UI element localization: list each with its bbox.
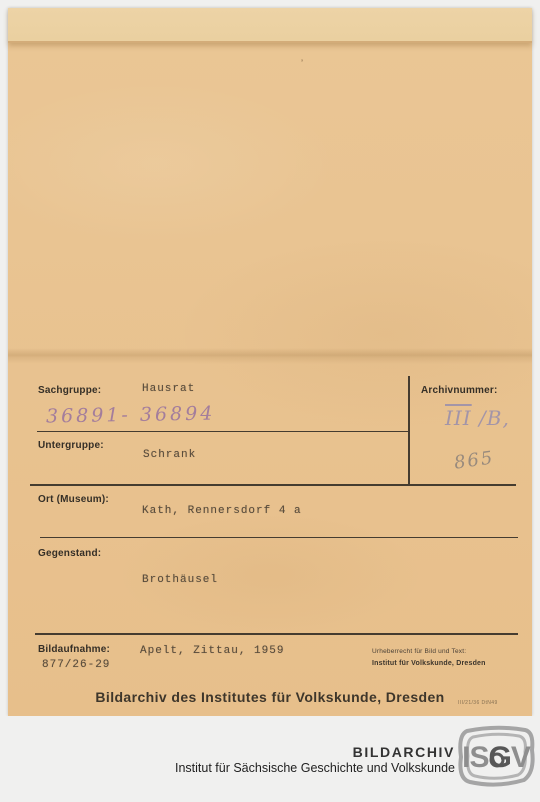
rule-full-2 xyxy=(40,537,518,538)
card-print-code: III/21/36 DtN49 xyxy=(458,700,498,706)
card-print-banner: Bildarchiv des Institutes für Volkskunde… xyxy=(8,689,532,705)
ort-museum-value: Kath, Rennersdorf 4 a xyxy=(142,505,302,517)
card-fold-strip xyxy=(8,8,532,43)
rule-full-1 xyxy=(30,484,516,486)
paper-speck: ’ xyxy=(301,58,303,68)
footer-subtitle: Institut für Sächsische Geschichte und V… xyxy=(175,761,455,775)
copyright-line1: Urheberrecht für Bild und Text: xyxy=(372,648,466,655)
bildaufnahme-label: Bildaufnahme: xyxy=(38,644,110,655)
copyright-line2: Institut für Volkskunde, Dresden xyxy=(372,660,486,667)
archivnummer-divider xyxy=(408,376,410,484)
page-footer: BILDARCHIV Institut für Sächsische Gesch… xyxy=(0,716,540,802)
untergruppe-value: Schrank xyxy=(143,449,196,461)
isgv-logo-letters: ISGV xyxy=(459,741,533,775)
archivnummer-label: Archivnummer: xyxy=(421,385,498,396)
gegenstand-value: Brothäusel xyxy=(142,574,218,586)
untergruppe-label: Untergruppe: xyxy=(38,440,104,451)
sachgruppe-label: Sachgruppe: xyxy=(38,385,101,396)
isgv-letter-i: I xyxy=(462,741,469,775)
isgv-letter-g: G xyxy=(489,741,511,775)
gegenstand-label: Gegenstand: xyxy=(38,548,101,559)
archivnummer-handwriting: III /B, xyxy=(445,406,510,430)
isgv-letter-v: V xyxy=(511,741,530,775)
ort-museum-label: Ort (Museum): xyxy=(38,494,109,505)
archivnummer-roman: III xyxy=(445,406,472,430)
sachgruppe-value: Hausrat xyxy=(142,383,195,395)
rule-full-3 xyxy=(35,633,518,635)
bildaufnahme-number: 877/26-29 xyxy=(42,659,110,671)
isgv-logo: ISGV xyxy=(455,724,537,794)
archive-card-scan: ’ Sachgruppe: Hausrat 36891- 36894 Unter… xyxy=(8,8,532,716)
fold-crease xyxy=(8,348,532,364)
bildaufnahme-value: Apelt, Zittau, 1959 xyxy=(140,645,284,657)
inventory-range-handwriting: 36891- 36894 xyxy=(46,403,216,428)
archivnummer-rest: /B, xyxy=(472,406,510,430)
footer-title: BILDARCHIV xyxy=(175,744,455,760)
footer-text-block: BILDARCHIV Institut für Sächsische Gesch… xyxy=(175,744,455,775)
isgv-letter-s: S xyxy=(469,741,488,775)
archivnummer-number-handwriting: 865 xyxy=(453,447,496,473)
rule-under-inventory xyxy=(37,431,410,432)
